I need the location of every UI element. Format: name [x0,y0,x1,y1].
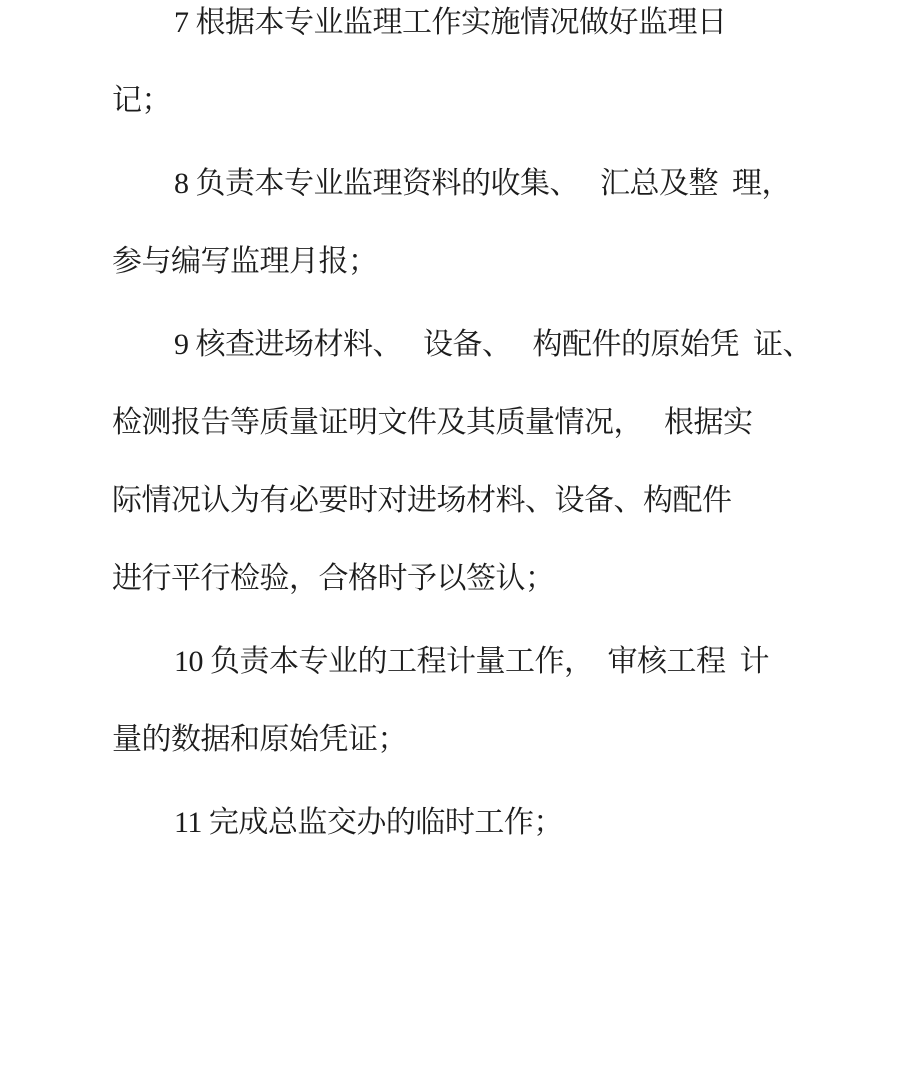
text-line: 10 负责本专业的工程计量工作， 审核工程 计 [112,623,832,701]
text-line: 11 完成总监交办的临时工作； [112,784,832,862]
paragraph-9: 9 核查进场材料、 设备、 构配件的原始凭 证、检测报告等质量证明文件及其质量情… [112,306,832,618]
text-line: 参与编写监理月报； [112,223,832,301]
text-line: 9 核查进场材料、 设备、 构配件的原始凭 证、 [112,306,832,384]
paragraph-11: 11 完成总监交办的临时工作； [112,784,832,862]
document-body: 7 根据本专业监理工作实施情况做好监理日记；8 负责本专业监理资料的收集、 汇总… [112,0,832,867]
document-page: 7 根据本专业监理工作实施情况做好监理日记；8 负责本专业监理资料的收集、 汇总… [0,0,923,1080]
text-line: 7 根据本专业监理工作实施情况做好监理日 [112,0,832,62]
text-line: 进行平行检验，合格时予以签认； [112,540,832,618]
text-line: 际情况认为有必要时对进场材料、设备、构配件 [112,462,832,540]
paragraph-8: 8 负责本专业监理资料的收集、 汇总及整 理，参与编写监理月报； [112,145,832,301]
paragraph-10: 10 负责本专业的工程计量工作， 审核工程 计量的数据和原始凭证； [112,623,832,779]
text-line: 量的数据和原始凭证； [112,701,832,779]
text-line: 8 负责本专业监理资料的收集、 汇总及整 理， [112,145,832,223]
paragraph-7: 7 根据本专业监理工作实施情况做好监理日记； [112,0,832,140]
text-line: 记； [112,62,832,140]
text-line: 检测报告等质量证明文件及其质量情况， 根据实 [112,384,832,462]
